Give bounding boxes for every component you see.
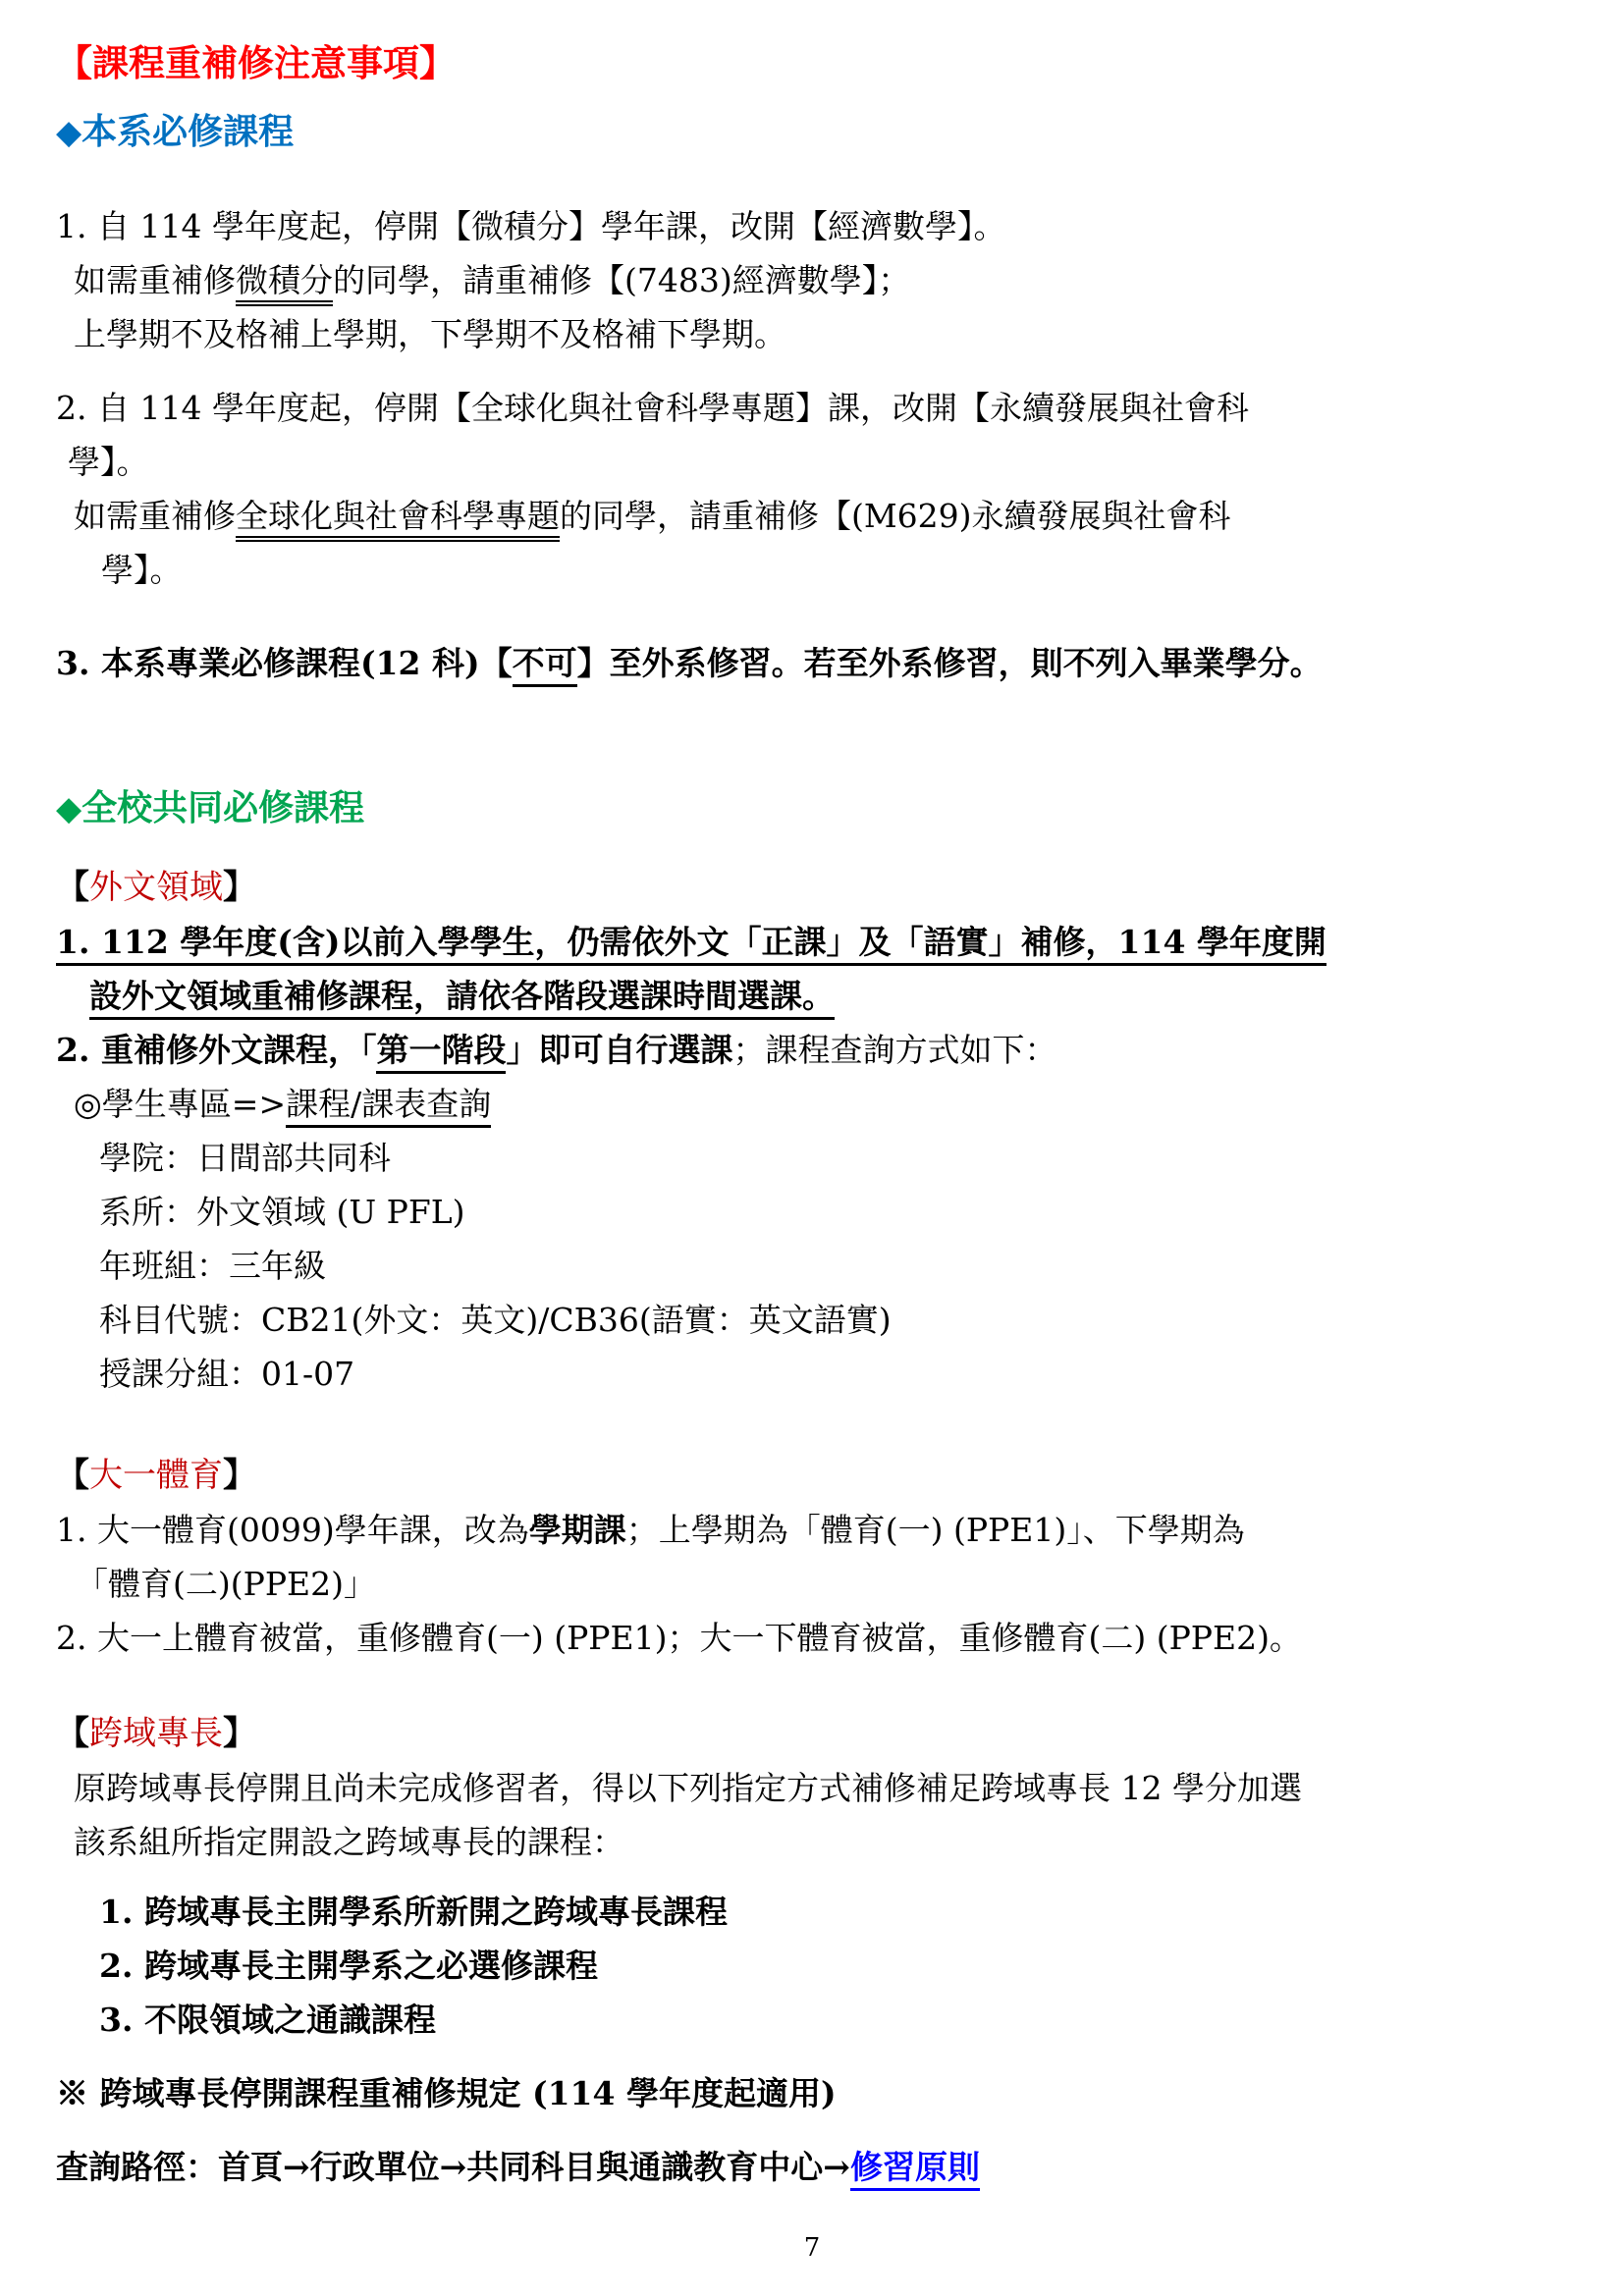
text-segment: ；上學期為「體育(一) (PPE1)」、下學期為 <box>626 1511 1245 1549</box>
section-heading-common-required: ◆全校共同必修課程 <box>56 780 1565 836</box>
diamond-icon: ◆ <box>56 789 81 828</box>
foreign-language-label: 【外文領域】 <box>56 860 1565 915</box>
pe-item1-line1: 1. 大一體育(0099)學年課，改為學期課；上學期為「體育(一) (PPE1)… <box>56 1503 1565 1557</box>
underlined-term: 不可 <box>513 644 577 687</box>
bracket-close: 】 <box>223 1714 256 1753</box>
text-segment: 】至外系修習。若至外系修習，則不列入畢業學分。 <box>577 644 1323 682</box>
query-target-text: 課程/課表查詢 <box>286 1085 491 1128</box>
section-heading-text: 本系必修課程 <box>81 111 294 152</box>
bracket-open: 【 <box>56 1714 89 1753</box>
label-text: 跨域專長 <box>89 1714 223 1753</box>
section-heading-text: 全校共同必修課程 <box>81 787 364 828</box>
dept-item2-line3: 如需重補修全球化與社會科學專題的同學，請重補修【(M629)永續發展與社會科 <box>56 489 1565 543</box>
foreign-item1-line2: 設外文領域重補修課程，請依各階段選課時間選課。 <box>56 969 1565 1023</box>
pe-item2-line: 2. 大一上體育被當，重修體育(一) (PPE1)；大一下體育被當，重修體育(二… <box>56 1611 1565 1665</box>
dept-item1-line1: 1. 自 114 學年度起，停開【微積分】學年課，改開【經濟數學】。 <box>56 199 1565 253</box>
college-line: 學院：日間部共同科 <box>56 1131 1565 1185</box>
diamond-icon: ◆ <box>56 113 81 152</box>
cross-sub-item2: 2. 跨域專長主開學系之必選修課程 <box>56 1939 1565 1993</box>
pe-item1-line2: 「體育(二)(PPE2)」 <box>56 1557 1565 1611</box>
bracket-open: 【 <box>56 868 89 907</box>
text-segment: 如需重補修 <box>74 261 236 299</box>
dept-item1-line3: 上學期不及格補上學期，下學期不及格補下學期。 <box>56 307 1565 361</box>
cross-sub-item3: 3. 不限領域之通識課程 <box>56 1993 1565 2047</box>
text-segment: 3. 本系專業必修課程(12 科)【 <box>56 644 513 682</box>
dept-item2-line2: 學】。 <box>56 435 1565 489</box>
underlined-term: 第一階段 <box>376 1031 506 1074</box>
bracket-open: 【 <box>56 1456 89 1495</box>
cross-sub-item1: 1. 跨域專長主開學系所新開之跨域專長課程 <box>56 1885 1565 1939</box>
bracket-close: 】 <box>223 868 256 907</box>
query-path-line: 查詢路徑：首頁→行政單位→共同科目與通識教育中心→修習原則 <box>56 2140 1565 2194</box>
text-segment: 2. 重補修外文課程，「 <box>56 1031 376 1069</box>
text-segment: ◎學生專區=> <box>74 1085 286 1123</box>
underlined-line: 1. 112 學年度(含)以前入學學生，仍需依外文「正課」及「語實」補修，114… <box>56 923 1326 966</box>
cross-domain-label: 【跨域專長】 <box>56 1706 1565 1761</box>
section-heading-dept-required: ◆本系必修課程 <box>56 104 1565 160</box>
underlined-line: 設外文領域重補修課程，請依各階段選課時間選課。 <box>89 977 835 1020</box>
text-segment: 」即可自行選課 <box>506 1031 732 1069</box>
student-zone-query-line: ◎學生專區=>課程/課表查詢 <box>56 1077 1565 1131</box>
freshman-pe-label: 【大一體育】 <box>56 1448 1565 1503</box>
department-line: 系所：外文領域 (U PFL) <box>56 1185 1565 1239</box>
dept-item2-line4: 學】。 <box>56 543 1565 597</box>
class-group-line: 授課分組：01-07 <box>56 1347 1565 1401</box>
bold-term: 學期課 <box>529 1511 626 1549</box>
page-title: 【課程重補修注意事項】 <box>56 35 1565 90</box>
double-underline-term: 微積分 <box>236 261 333 306</box>
double-underline-term: 全球化與社會科學專題 <box>236 497 560 542</box>
text-segment: 如需重補修 <box>74 497 236 535</box>
text-segment: 的同學，請重補修【(M629)永續發展與社會科 <box>560 497 1231 535</box>
label-text: 大一體育 <box>89 1456 223 1495</box>
dept-item3-line: 3. 本系專業必修課程(12 科)【不可】至外系修習。若至外系修習，則不列入畢業… <box>56 636 1565 690</box>
text-segment: 1. 大一體育(0099)學年課，改為 <box>56 1511 529 1549</box>
text-segment: 的同學，請重補修【(7483)經濟數學】； <box>333 261 910 299</box>
label-text: 外文領域 <box>89 868 223 907</box>
foreign-item1-line1: 1. 112 學年度(含)以前入學學生，仍需依外文「正課」及「語實」補修，114… <box>56 915 1565 969</box>
document-page: 【課程重補修注意事項】 ◆本系必修課程 1. 自 114 學年度起，停開【微積分… <box>0 0 1624 2296</box>
cross-para-line2: 該系組所指定開設之跨域專長的課程： <box>56 1815 1565 1869</box>
course-code-line: 科目代號：CB21(外文：英文)/CB36(語實：英文語實) <box>56 1293 1565 1347</box>
text-segment: 查詢路徑：首頁→行政單位→共同科目與通識教育中心→ <box>56 2148 850 2186</box>
page-number: 7 <box>0 2233 1624 2263</box>
cross-para-line1: 原跨域專長停開且尚未完成修習者，得以下列指定方式補修補足跨域專長 12 學分加選 <box>56 1761 1565 1815</box>
grade-line: 年班組：三年級 <box>56 1239 1565 1293</box>
enrollment-principles-link[interactable]: 修習原則 <box>850 2148 980 2191</box>
bracket-close: 】 <box>223 1456 256 1495</box>
dept-item1-line2: 如需重補修微積分的同學，請重補修【(7483)經濟數學】； <box>56 253 1565 307</box>
cross-domain-note: ※ 跨域專長停開課程重補修規定 (114 學年度起適用) <box>56 2066 1565 2120</box>
text-segment: ；課程查詢方式如下： <box>732 1031 1056 1069</box>
dept-item2-line1: 2. 自 114 學年度起，停開【全球化與社會科學專題】課，改開【永續發展與社會… <box>56 381 1565 435</box>
foreign-item2-line: 2. 重補修外文課程，「第一階段」即可自行選課；課程查詢方式如下： <box>56 1023 1565 1077</box>
